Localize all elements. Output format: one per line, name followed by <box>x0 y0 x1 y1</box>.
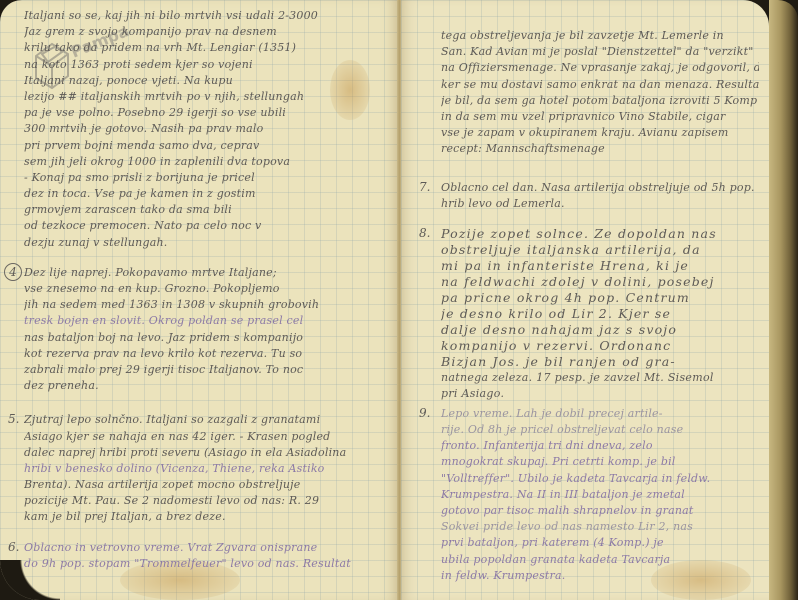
right-page-content: tega obstreljevanja je bil zavzetje Mt. … <box>441 8 759 584</box>
text-line: fronto. Infanterija tri dni dneva, zelo <box>441 438 759 454</box>
text-line: mnogokrat skupaj. Pri cetrti komp. je bi… <box>441 454 759 470</box>
text-line: natnega zeleza. 17 pesp. je zavzel Mt. S… <box>441 370 759 386</box>
text-line: dezju zunaj v stellungah. <box>24 235 384 251</box>
right-intro-paragraph: tega obstreljevanja je bil zavzetje Mt. … <box>441 28 759 158</box>
text-line: in feldw. Krumpestra. <box>441 568 759 584</box>
text-line: je bil, da sem ga hotel potom bataljona … <box>441 93 759 109</box>
diary-entry-5: 5. Zjutraj lepo solnčno. Italjani so zaz… <box>24 412 384 525</box>
text-line: zabrali malo prej 29 igerji tisoc Italja… <box>24 362 384 378</box>
text-line: tega obstreljevanja je bil zavzetje Mt. … <box>441 28 759 44</box>
text-line: Zjutraj lepo solnčno. Italjani so zazgal… <box>24 412 384 428</box>
text-line: Pozije zopet solnce. Ze dopoldan nas <box>441 226 759 242</box>
text-line: Oblacno cel dan. Nasa artilerija obstrel… <box>441 180 759 196</box>
diary-entry-9: 9. Lepo vreme. Lah je dobil precej artil… <box>441 406 759 584</box>
text-line: obstreljuje italjanska artilerija, da <box>441 242 759 258</box>
text-line: Oblacno in vetrovno vreme. Vrat Zgvara o… <box>24 540 384 556</box>
diary-entry-8: 8. Pozije zopet solnce. Ze dopoldan nas … <box>441 226 759 402</box>
text-line: gotovo par tisoc malih shrapnelov in gra… <box>441 503 759 519</box>
text-line: in da sem mu vzel pripravnico Vino Stabi… <box>441 109 759 125</box>
entry-number: 9. <box>419 406 430 420</box>
text-line: pri prvem bojni menda samo dva, ceprav <box>24 138 384 154</box>
text-line: dez preneha. <box>24 378 384 394</box>
text-line: od tezkoce premocen. Nato pa celo noc v <box>24 218 384 234</box>
text-line: nas bataljon boj na levo. Jaz pridem s k… <box>24 330 384 346</box>
text-line: Dez lije naprej. Pokopavamo mrtve Italja… <box>24 265 384 281</box>
text-line: hrib levo od Lemerla. <box>441 196 759 212</box>
text-line: vse znesemo na en kup. Grozno. Pokopljem… <box>24 281 384 297</box>
text-line: - Konaj pa smo prisli z borijuna je pric… <box>24 170 384 186</box>
text-line: Krumpestra. Na II in III bataljon je zme… <box>441 487 759 503</box>
text-line: jih na sedem med 1363 in 1308 v skupnih … <box>24 297 384 313</box>
text-line: pri Asiago. <box>441 386 759 402</box>
text-line: pa pricne okrog 4h pop. Centrum <box>441 290 759 306</box>
text-line: Italjani nazaj, ponoce vjeti. Na kupu <box>24 73 384 89</box>
left-intro-paragraph: Italjani so se, kaj jih ni bilo mrtvih v… <box>24 8 384 251</box>
right-page: tega obstreljevanja je bil zavzetje Mt. … <box>401 0 769 600</box>
entry-number: 8. <box>419 226 430 240</box>
entry-number: 6. <box>8 540 19 554</box>
text-line: sem jih jeli okrog 1000 in zaplenili dva… <box>24 154 384 170</box>
entry-number: 4 <box>4 263 22 281</box>
entry-number: 5. <box>8 412 19 426</box>
text-line: krilu tako da pridem na vrh Mt. Lengiar … <box>24 40 384 56</box>
text-line: Italjani so se, kaj jih ni bilo mrtvih v… <box>24 8 384 24</box>
text-line: kot rezerva prav na levo krilo kot rezer… <box>24 346 384 362</box>
text-line: Jaz grem z svojo kompanijo prav na desne… <box>24 24 384 40</box>
text-line: tresk bojen en slovit. Okrog poldan se p… <box>24 313 384 329</box>
text-line: pozicije Mt. Pau. Se 2 nadomesti levo od… <box>24 493 384 509</box>
text-line: "Volltreffer". Ubilo je kadeta Tavcarja … <box>441 471 759 487</box>
text-line: na koto 1363 proti sedem kjer so vojeni <box>24 57 384 73</box>
text-line: ubila popoldan granata kadeta Tavcarja <box>441 552 759 568</box>
text-line: je desno krilo od Lir 2. Kjer se <box>441 306 759 322</box>
notebook-spread: Pampa Italjani so se, kaj jih ni bilo mr… <box>0 0 798 600</box>
left-page-content: Italjani so se, kaj jih ni bilo mrtvih v… <box>24 8 384 572</box>
text-line: dalje desno nahajam jaz s svojo <box>441 322 759 338</box>
text-line: pa je vse polno. Posebno 29 igerji so vs… <box>24 105 384 121</box>
diary-entry-6: 6. Oblacno in vetrovno vreme. Vrat Zgvar… <box>24 540 384 572</box>
text-line: vse je zapam v okupiranem kraju. Avianu … <box>441 125 759 141</box>
text-line: na feldwachi zdolej v dolini, posebej <box>441 274 759 290</box>
text-line: dez in toca. Vse pa je kamen in z gostim <box>24 186 384 202</box>
text-line: lezijo ## italjanskih mrtvih po v njih, … <box>24 89 384 105</box>
left-page: Pampa Italjani so se, kaj jih ni bilo mr… <box>0 0 398 600</box>
diary-entry-4: 4 Dez lije naprej. Pokopavamo mrtve Ital… <box>24 265 384 395</box>
notebook-cover-edge <box>769 0 798 600</box>
text-line: Lepo vreme. Lah je dobil precej artile- <box>441 406 759 422</box>
text-line: na Offiziersmenage. Ne vprasanje zakaj, … <box>441 60 759 76</box>
text-line: grmovjem zarascen tako da sma bili <box>24 202 384 218</box>
text-line: hribi v benesko dolino (Vicenza, Thiene,… <box>24 461 384 477</box>
text-line: 300 mrtvih je gotovo. Nasih pa prav malo <box>24 121 384 137</box>
text-line: prvi bataljon, pri katerem (4 Komp.) je <box>441 535 759 551</box>
text-line: ker se mu dostavi samo enkrat na dan men… <box>441 77 759 93</box>
text-line: rije. Od 8h je pricel obstreljevat celo … <box>441 422 759 438</box>
text-line: Bizjan Jos. je bil ranjen od gra- <box>441 354 759 370</box>
text-line: kompanijo v rezervi. Ordonanc <box>441 338 759 354</box>
text-line: kam je bil prej Italjan, a brez deze. <box>24 509 384 525</box>
text-line: recept: Mannschaftsmenage <box>441 141 759 157</box>
text-line: dalec naprej hribi proti severu (Asiago … <box>24 445 384 461</box>
entry-number: 7. <box>419 180 430 194</box>
text-line: mi pa in infanteriste Hrena, ki je <box>441 258 759 274</box>
text-line: do 9h pop. stopam "Trommelfeuer" levo od… <box>24 556 384 572</box>
text-line: Sokvei pride levo od nas namesto Lir 2, … <box>441 519 759 535</box>
text-line: Asiago kjer se nahaja en nas 42 iger. - … <box>24 429 384 445</box>
text-line: Brenta). Nasa artilerija zopet mocno obs… <box>24 477 384 493</box>
diary-entry-7: 7. Oblacno cel dan. Nasa artilerija obst… <box>441 180 759 212</box>
page-corner-shadow <box>0 560 60 600</box>
text-line: San. Kad Avian mi je poslal "Dienstzette… <box>441 44 759 60</box>
